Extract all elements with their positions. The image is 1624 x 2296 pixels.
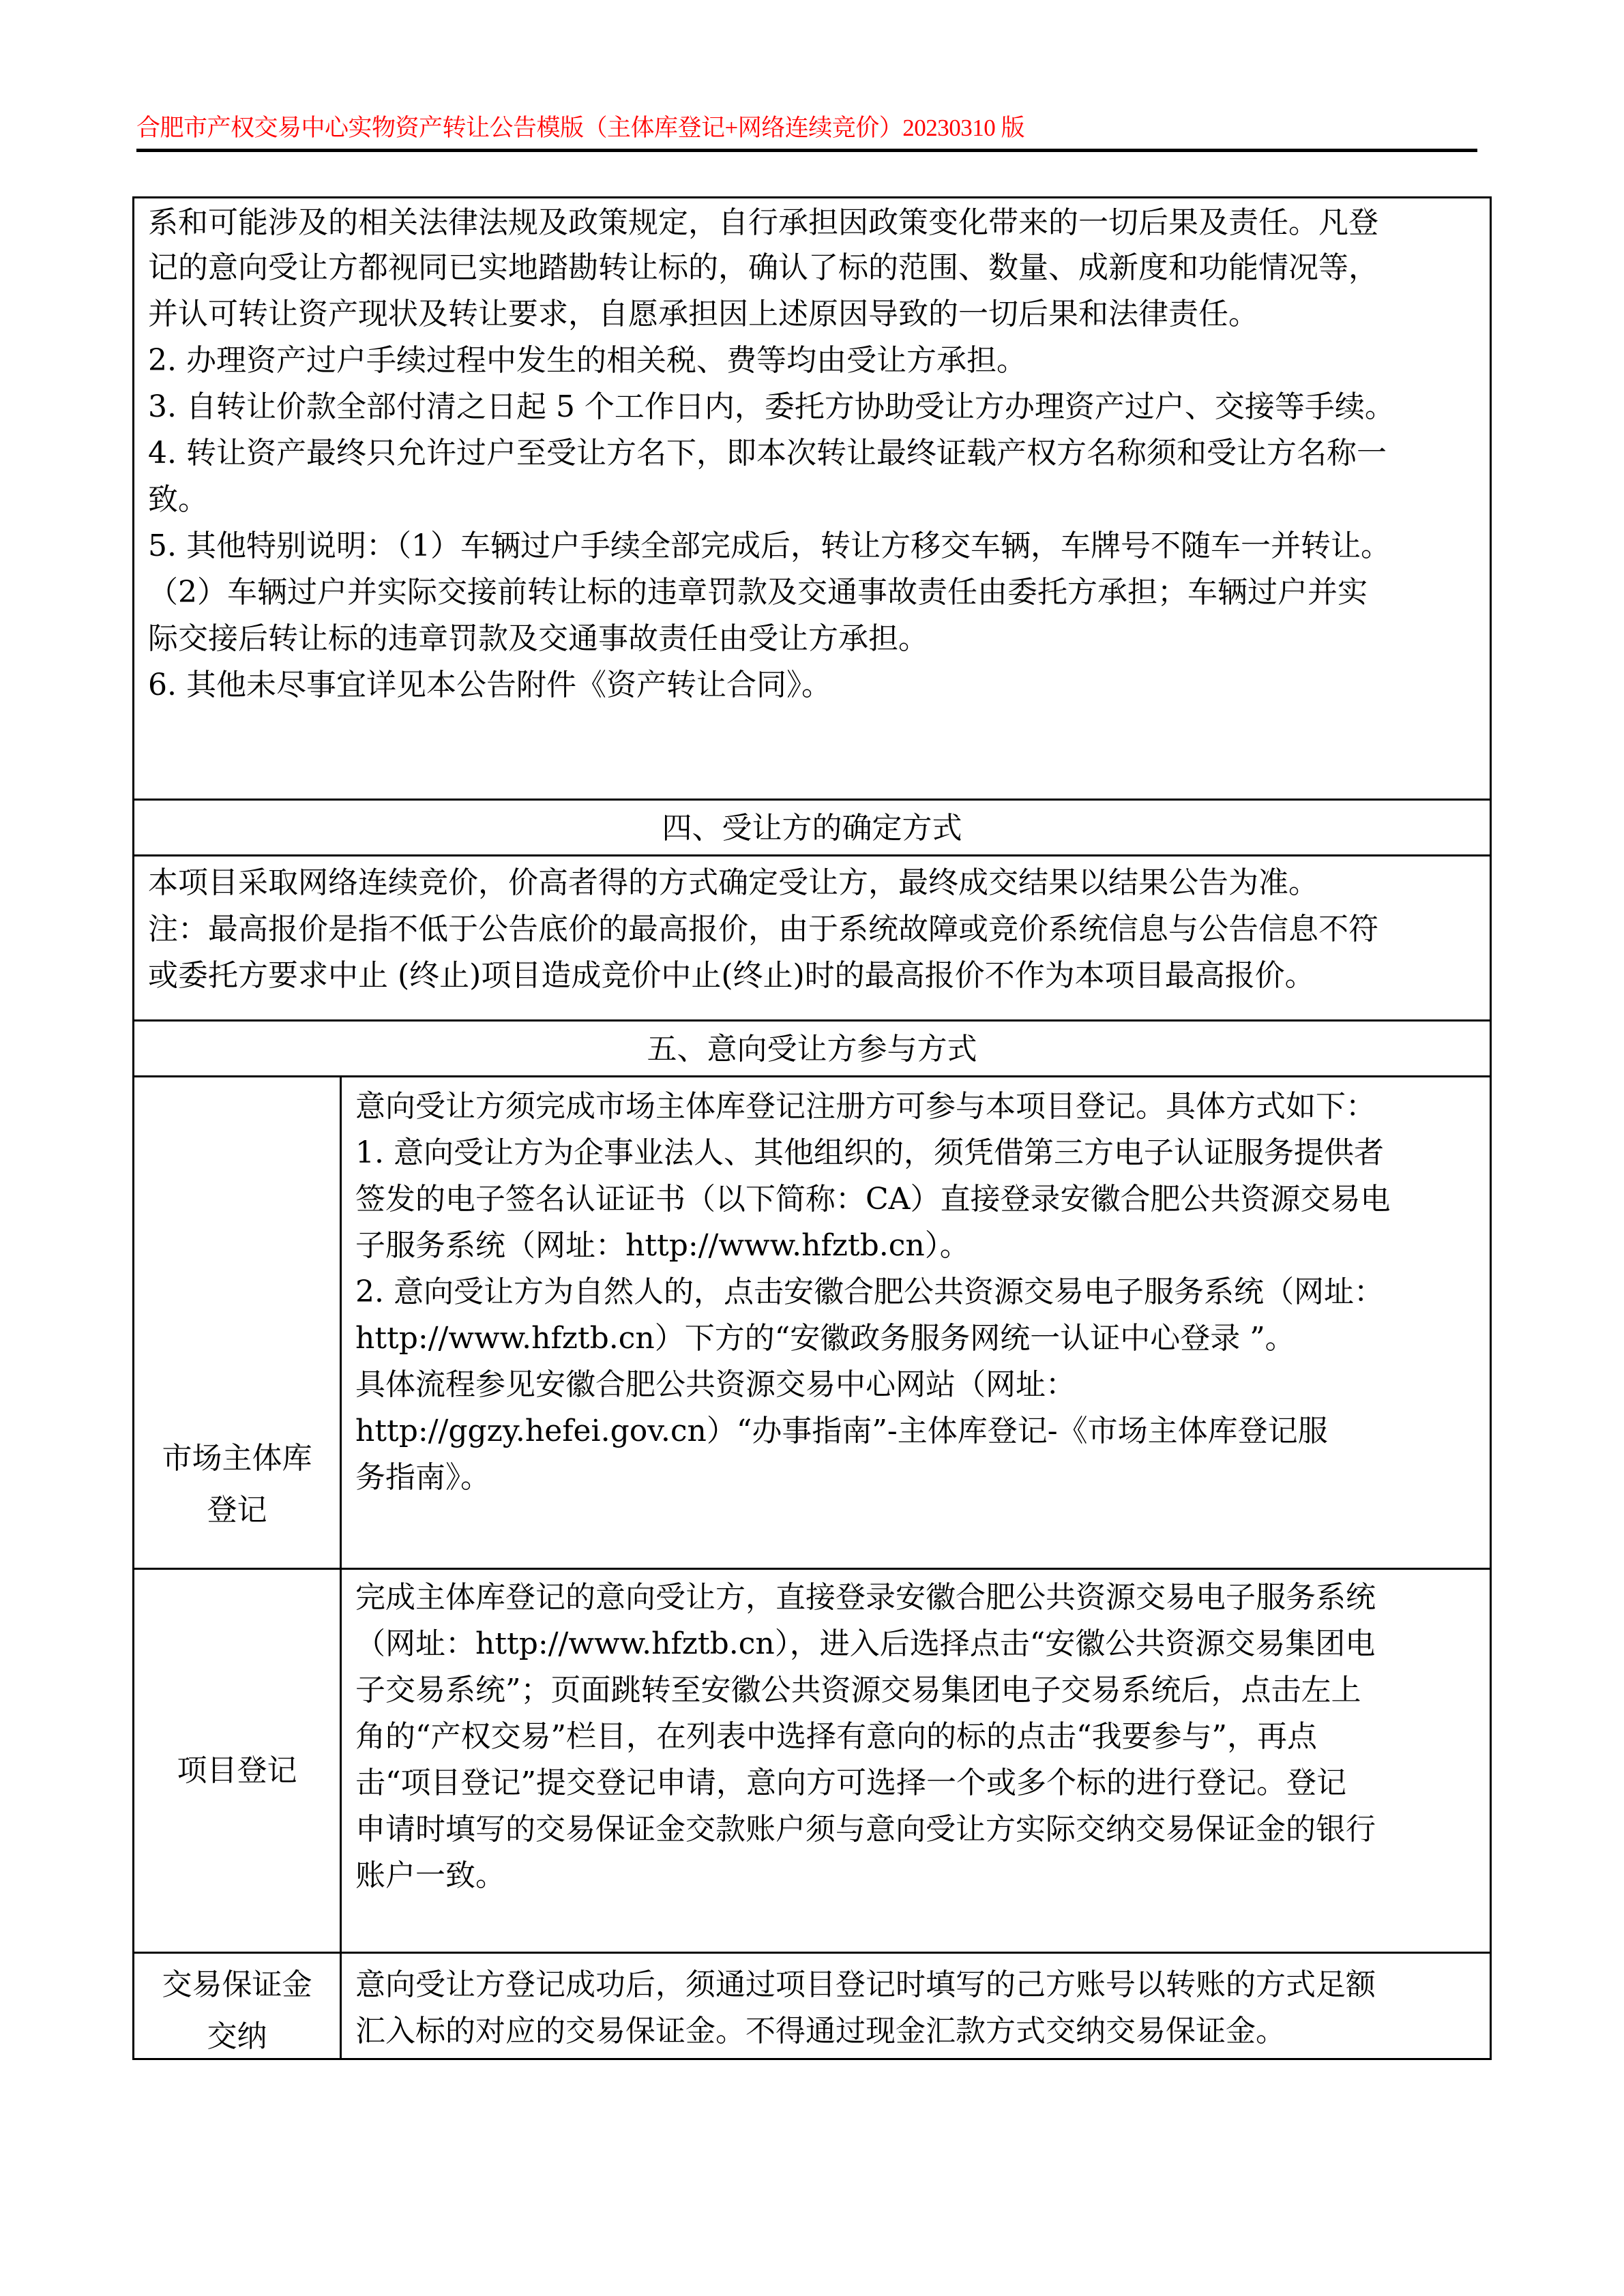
- text-line: 务指南》。: [355, 1455, 1477, 1501]
- text-line: 子交易系统”；页面跳转至安徽公共资源交易集团电子交易系统后，点击左上: [355, 1667, 1477, 1714]
- text-line: 签发的电子签名认证证书（以下简称：CA）直接登录安徽合肥公共资源交易电: [355, 1176, 1477, 1223]
- text-line: 账户一致。: [355, 1853, 1477, 1899]
- label-deposit-payment: 交易保证金 交纳: [134, 1959, 340, 2063]
- text-line: 4. 转让资产最终只允许过户至受让方名下，即本次转让最终证载产权方名称须和受让方…: [148, 430, 1477, 477]
- text-line: 注：最高报价是指不低于公告底价的最高报价，由于系统故障或竞价系统信息与公告信息不…: [148, 906, 1477, 953]
- text-line: 2. 意向受让方为自然人的，点击安徽合肥公共资源交易电子服务系统（网址：: [355, 1269, 1477, 1315]
- label-line: 登记: [134, 1485, 340, 1536]
- row-divider: [134, 1568, 1490, 1570]
- row-divider: [134, 1952, 1490, 1954]
- text-line: 3. 自转让价款全部付清之日起 5 个工作日内，委托方协助受让方办理资产过户、交…: [148, 384, 1477, 430]
- text-line: 意向受让方须完成市场主体库登记注册方可参与本项目登记。具体方式如下：: [355, 1084, 1477, 1130]
- content-project-registration: 完成主体库登记的意向受让方，直接登录安徽合肥公共资源交易电子服务系统 （网址：h…: [355, 1575, 1477, 1899]
- text-line: 5. 其他特别说明：（1）车辆过户手续全部完成后，转让方移交车辆，车牌号不随车一…: [148, 523, 1477, 569]
- row-divider: [134, 854, 1490, 856]
- row-divider: [134, 1075, 1490, 1077]
- text-line: 际交接后转让标的违章罚款及交通事故责任由受让方承担。: [148, 616, 1477, 662]
- section5-title: 五、意向受让方参与方式: [134, 1022, 1490, 1077]
- text-line: （网址：http://www.hfztb.cn），进入后选择点击“安徽公共资源交…: [355, 1621, 1477, 1667]
- content-market-entity-registration: 意向受让方须完成市场主体库登记注册方可参与本项目登记。具体方式如下： 1. 意向…: [355, 1084, 1477, 1501]
- text-line: 角的“产权交易”栏目，在列表中选择有意向的标的点击“我要参与”，再点: [355, 1714, 1477, 1760]
- text-line: 系和可能涉及的相关法律法规及政策规定，自行承担因政策变化带来的一切后果及责任。凡…: [148, 200, 1477, 245]
- text-line: http://ggzy.hefei.gov.cn）“办事指南”-主体库登记-《市…: [355, 1408, 1477, 1455]
- text-line: 具体流程参见安徽合肥公共资源交易中心网站（网址：: [355, 1362, 1477, 1408]
- section4-title: 四、受让方的确定方式: [134, 801, 1490, 856]
- text-line: 击“项目登记”提交登记申请，意向方可选择一个或多个标的进行登记。登记: [355, 1760, 1477, 1806]
- label-line: 交纳: [134, 2011, 340, 2063]
- text-line: http://www.hfztb.cn）下方的“安徽政务服务网统一认证中心登录 …: [355, 1315, 1477, 1362]
- text-line: 致。: [148, 477, 1477, 523]
- content-deposit-payment: 意向受让方登记成功后，须通过项目登记时填写的己方账号以转账的方式足额 汇入标的对…: [355, 1962, 1477, 2055]
- text-line: 意向受让方登记成功后，须通过项目登记时填写的己方账号以转账的方式足额: [355, 1962, 1477, 2008]
- label-project-registration: 项目登记: [134, 1745, 340, 1797]
- text-line: 本项目采取网络连续竞价，价高者得的方式确定受让方，最终成交结果以结果公告为准。: [148, 860, 1477, 906]
- text-line: 1. 意向受让方为企事业法人、其他组织的，须凭借第三方电子认证服务提供者: [355, 1130, 1477, 1176]
- label-line: 项目登记: [134, 1745, 340, 1797]
- header-rule: [136, 149, 1477, 152]
- text-line: 并认可转让资产现状及转让要求，自愿承担因上述原因导致的一切后果和法律责任。: [148, 291, 1477, 338]
- section3-terms: 系和可能涉及的相关法律法规及政策规定，自行承担因政策变化带来的一切后果及责任。凡…: [148, 200, 1477, 709]
- text-line: 或委托方要求中止 (终止)项目造成竞价中止(终止)时的最高报价不作为本项目最高报…: [148, 953, 1477, 999]
- label-line: 市场主体库: [134, 1433, 340, 1485]
- label-line: 交易保证金: [134, 1959, 340, 2011]
- section4-body: 本项目采取网络连续竞价，价高者得的方式确定受让方，最终成交结果以结果公告为准。 …: [148, 860, 1477, 999]
- text-line: （2）车辆过户并实际交接前转让标的违章罚款及交通事故责任由委托方承担；车辆过户并…: [148, 569, 1477, 616]
- label-market-entity-registration: 市场主体库 登记: [134, 1433, 340, 1536]
- text-line: 申请时填写的交易保证金交款账户须与意向受让方实际交纳交易保证金的银行: [355, 1806, 1477, 1853]
- text-line: 完成主体库登记的意向受让方，直接登录安徽合肥公共资源交易电子服务系统: [355, 1575, 1477, 1621]
- document-header-title: 合肥市产权交易中心实物资产转让公告模版（主体库登记+网络连续竞价）2023031…: [136, 113, 1477, 143]
- text-line: 2. 办理资产过户手续过程中发生的相关税、费等均由受让方承担。: [148, 338, 1477, 384]
- text-line: 子服务系统（网址：http://www.hfztb.cn）。: [355, 1223, 1477, 1269]
- announcement-table: 系和可能涉及的相关法律法规及政策规定，自行承担因政策变化带来的一切后果及责任。凡…: [132, 196, 1492, 2060]
- text-line: 汇入标的对应的交易保证金。不得通过现金汇款方式交纳交易保证金。: [355, 2008, 1477, 2055]
- text-line: 记的意向受让方都视同已实地踏勘转让标的，确认了标的范围、数量、成新度和功能情况等…: [148, 245, 1477, 291]
- text-line: 6. 其他未尽事宜详见本公告附件《资产转让合同》。: [148, 662, 1477, 709]
